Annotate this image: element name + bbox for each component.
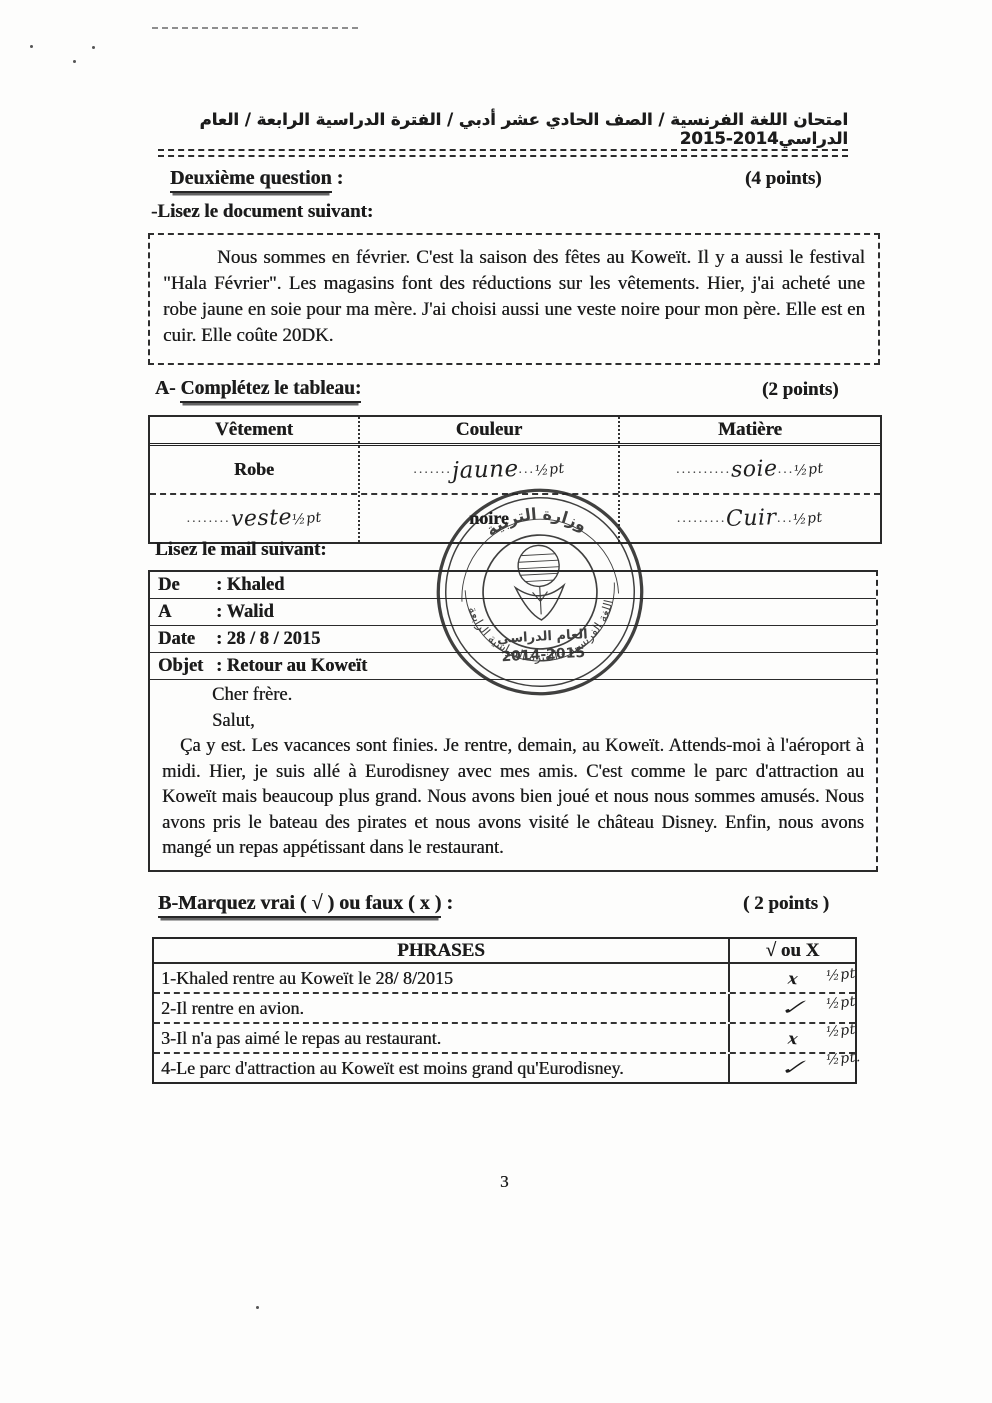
dotted-blank: ... (777, 511, 794, 527)
question-title-text: Deuxième question (170, 167, 332, 193)
stamp-emblem-falcon (513, 544, 565, 621)
table-row: 3-Il n'a pas aimé le repas au restaurant… (154, 1022, 855, 1052)
question-title-colon: : (332, 167, 344, 189)
scan-noise-dash (152, 27, 358, 29)
handwritten-grade-mark: ½pt (291, 509, 322, 528)
mail-field-label: Date (158, 629, 216, 650)
column-header-answer: √ ou X (728, 939, 855, 962)
section-b-title: B-Marquez vrai ( √ ) ou faux ( x ) : (158, 892, 453, 915)
phrase-3: 3-Il n'a pas aimé le repas au restaurant… (154, 1024, 728, 1052)
dotted-blank: ... (518, 462, 535, 478)
stamp-top-arc (458, 515, 619, 601)
section-a-title: A- Complétez le tableau: (155, 378, 361, 400)
handwritten-answer: veste (230, 505, 292, 532)
cell-vetement-answer: ........ veste ½pt (150, 495, 358, 542)
mail-field-value: : Retour au Koweït (216, 656, 367, 677)
exam-header-arabic: امتحان اللغة الفرنسية / الصف الحادي عشر … (150, 110, 848, 148)
cell-vetement-robe: Robe (150, 446, 358, 493)
section-a-points: (2 points) (762, 379, 839, 401)
section-b-title-text: B-Marquez vrai ( √ ) ou faux ( x ) (158, 892, 441, 918)
column-header-phrases: PHRASES (154, 939, 728, 962)
handwritten-check-mark: ✓ (776, 1056, 809, 1080)
dotted-blank: ... (778, 462, 795, 478)
document-text-box: Nous sommes en février. C'est la saison … (148, 233, 880, 365)
handwritten-grade-mark: ½pt (534, 460, 565, 479)
handwritten-check-mark: ✓ (776, 996, 809, 1020)
scanned-exam-page: امتحان اللغة الفرنسية / الصف الحادي عشر … (0, 0, 992, 1403)
scan-speck (73, 60, 76, 63)
mail-field-value: : 28 / 8 / 2015 (216, 629, 320, 650)
mail-field-label: De (158, 575, 216, 596)
scan-speck (30, 45, 33, 48)
column-header-couleur: Couleur (358, 417, 620, 443)
dotted-blank: ........ (187, 511, 231, 527)
cell-matiere-answer: ......... Cuir ... ½pt (620, 495, 880, 542)
column-header-matiere: Matière (620, 417, 880, 443)
official-round-stamp: وزارة التربية اللغة الفرنسية - الفترة ال… (422, 474, 657, 709)
mail-field-label: Objet (158, 656, 216, 677)
page-number: 3 (500, 1172, 509, 1192)
handwritten-answer: Cuir (726, 505, 777, 532)
handwritten-answer: soie (731, 456, 778, 483)
column-header-vetement: Vêtement (150, 417, 358, 443)
read-document-instruction: -Lisez le document suivant: (151, 201, 373, 223)
table-row: 1-Khaled rentre au Koweït le 28/ 8/2015 … (154, 964, 855, 992)
handwritten-answer: jaune (451, 455, 518, 483)
section-a-prefix: A- (155, 378, 180, 399)
section-b-points: ( 2 points ) (743, 893, 829, 915)
read-mail-instruction: Lisez le mail suivant: (155, 539, 327, 561)
clothing-table-header-row: Vêtement Couleur Matière (150, 417, 880, 446)
section-b-title-colon: : (441, 892, 453, 914)
handwritten-grade-mark: ½pt (793, 460, 824, 479)
mail-body: Cher frère. Salut, Ça y est. Les vacance… (150, 680, 876, 862)
phrase-1: 1-Khaled rentre au Koweït le 28/ 8/2015 (154, 964, 728, 992)
mail-field-value: : Khaled (216, 575, 284, 596)
handwritten-cross-mark: x (787, 1028, 798, 1048)
cell-matiere-answer: .......... soie ... ½pt (620, 446, 880, 493)
phrase-2: 2-Il rentre en avion. (154, 994, 728, 1022)
mail-paragraph: Ça y est. Les vacances sont finies. Je r… (162, 734, 864, 862)
section-a-title-text: Complétez le tableau: (180, 378, 361, 403)
mail-salutation: Salut, (162, 709, 864, 735)
mail-field-label: A (158, 602, 216, 623)
dotted-blank: ....... (413, 462, 452, 478)
table-row: 2-Il rentre en avion. ✓ (154, 992, 855, 1022)
header-separator (158, 149, 848, 157)
true-false-header-row: PHRASES √ ou X (154, 939, 855, 964)
table-row: 4-Le parc d'attraction au Koweït est moi… (154, 1052, 855, 1082)
handwritten-cross-mark: x (787, 968, 798, 988)
scan-speck (92, 46, 95, 49)
dotted-blank: .......... (676, 462, 731, 478)
phrase-4: 4-Le parc d'attraction au Koweït est moi… (154, 1054, 728, 1082)
question-title: Deuxième question : (170, 167, 343, 190)
stamp-line2: 2014-2015 (501, 645, 585, 665)
question-points: (4 points) (745, 168, 822, 190)
mail-field-value: : Walid (216, 602, 274, 623)
true-false-table: PHRASES √ ou X 1-Khaled rentre au Koweït… (152, 937, 857, 1084)
dotted-blank: ......... (677, 511, 727, 527)
handwritten-grade-mark: ½pt (793, 509, 824, 528)
scan-speck (256, 1306, 259, 1309)
